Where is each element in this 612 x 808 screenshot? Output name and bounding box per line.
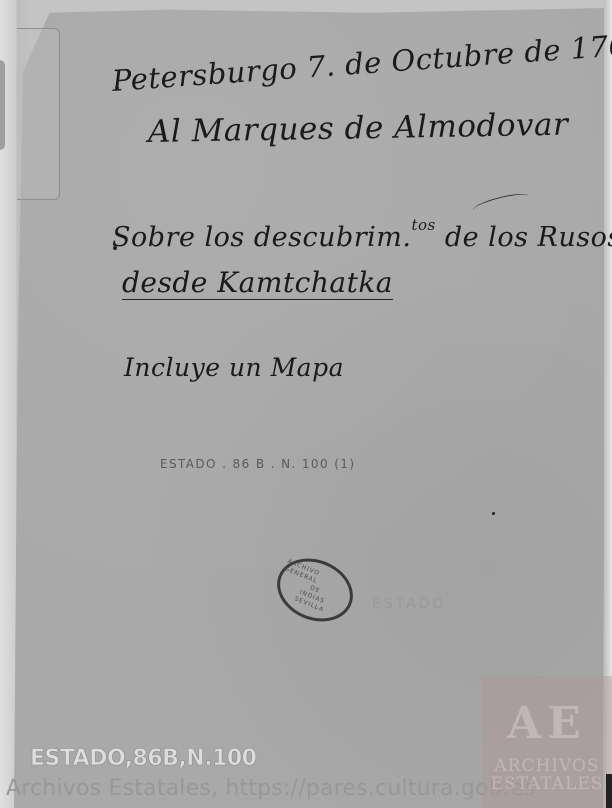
archive-reference-label: ESTADO . 86 B . N. 100 (1) xyxy=(160,457,355,471)
logo-mark-icon: AE xyxy=(507,698,587,749)
handwritten-subject-line: Sobre los descubrim.tos de los Rusos xyxy=(112,222,612,253)
archivos-estatales-logo: AE ARCHIVOS ESTATALES xyxy=(482,676,612,808)
paper-fold-strip xyxy=(17,28,60,200)
subject-text: Sobre los descubrim. xyxy=(112,222,411,253)
ink-spot xyxy=(492,512,495,515)
handwritten-enclosure-note: Incluye un Mapa xyxy=(124,353,344,382)
watermark-reference: ESTADO,86B,N.100 xyxy=(30,746,256,771)
document-viewer: Petersburgo 7. de Octubre de 1761 Al Mar… xyxy=(0,0,612,808)
scan-edge-shadow xyxy=(606,774,612,808)
handwritten-recipient-line: Al Marques de Almodovar xyxy=(148,107,569,150)
watermark-source-url: Archivos Estatales, https://pares.cultur… xyxy=(6,776,535,801)
underlying-page-edge xyxy=(0,0,16,808)
faded-pencil-mark: ESTADO xyxy=(372,596,447,612)
handwritten-subject-line-2: desde Kamtchatka xyxy=(122,266,393,300)
subject-text-end: de los Rusos xyxy=(436,222,612,253)
logo-text-line2: ESTATALES xyxy=(491,775,604,793)
subject-abbrev-superscript: tos xyxy=(411,216,435,234)
logo-text-line1: ARCHIVOS xyxy=(494,757,599,775)
ink-spot xyxy=(113,246,117,250)
ink-spot xyxy=(115,86,119,90)
